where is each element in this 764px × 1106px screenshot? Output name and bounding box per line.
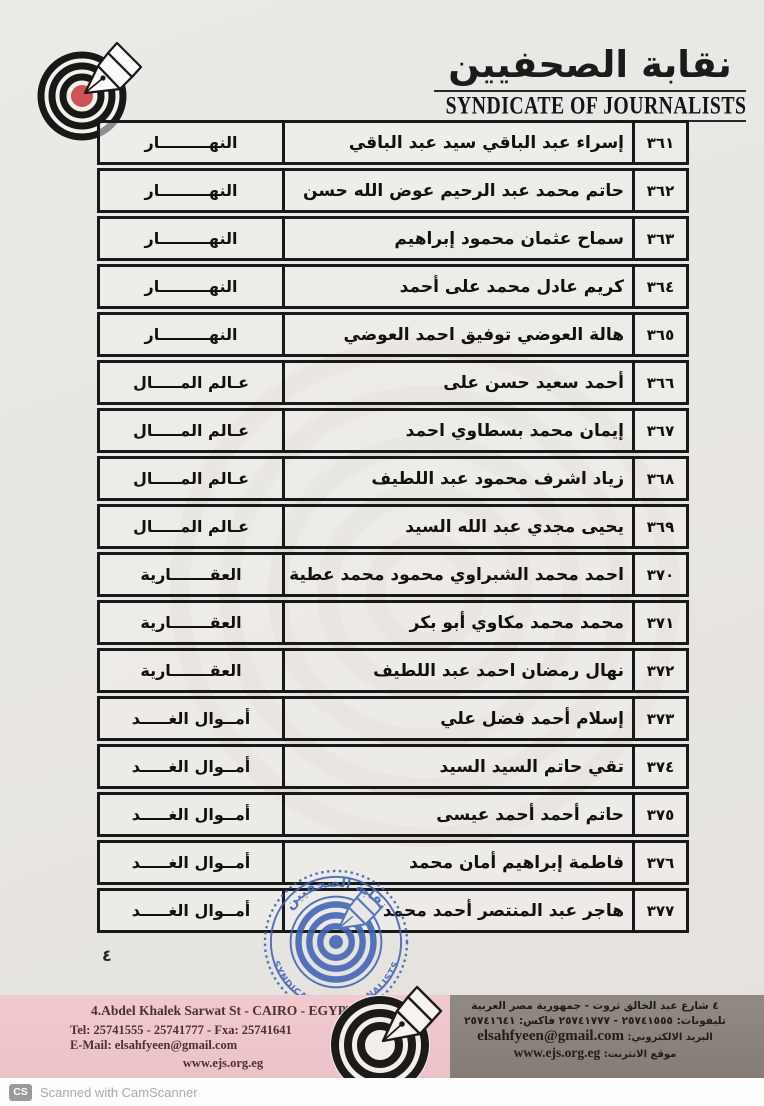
newspaper-name: العقـــــــارية	[100, 555, 282, 594]
member-name: إسلام أحمد فضل علي	[282, 699, 632, 738]
camscanner-icon: CS	[9, 1084, 32, 1101]
member-name: يحيى مجدي عبد الله السيد	[282, 507, 632, 546]
newspaper-name: عـالم المـــــال	[100, 507, 282, 546]
footer: 4.Abdel Khalek Sarwat St - CAIRO - EGYPT…	[0, 995, 764, 1078]
newspaper-name: العقـــــــارية	[100, 651, 282, 690]
camscanner-label: Scanned with CamScanner	[40, 1085, 198, 1100]
table-row: ٣٧٠احمد محمد الشبراوي محمود محمد عطيةالع…	[97, 552, 689, 597]
table-row: ٣٧١محمد محمد مكاوي أبو بكرالعقـــــــاري…	[97, 600, 689, 645]
table-row: ٣٧٤تقي حاتم السيد السيدأمــوال الغـــــد	[97, 744, 689, 789]
row-number: ٣٦٥	[632, 315, 686, 354]
table-row: ٣٦١إسراء عبد الباقي سيد عبد الباقيالنهــ…	[97, 120, 689, 165]
website-url: www.ejs.org.eg	[514, 1045, 601, 1060]
newspaper-name: النهـــــــــار	[100, 171, 282, 210]
member-name: حاتم أحمد أحمد عيسى	[282, 795, 632, 834]
table-row: ٣٦٦أحمد سعيد حسن علىعـالم المـــــال	[97, 360, 689, 405]
table-row: ٣٦٩يحيى مجدي عبد الله السيدعـالم المــــ…	[97, 504, 689, 549]
member-name: هالة العوضي توفيق احمد العوضي	[282, 315, 632, 354]
newspaper-name: العقـــــــارية	[100, 603, 282, 642]
scanned-document-page: نقابة الصحفيين SYNDICATE OF JOURNALISTS …	[0, 0, 764, 1106]
address-arabic: ٤ شارع عبد الخالق ثروت - جمهورية مصر الع…	[442, 1000, 748, 1012]
website-label-arabic: موقع الانترنت:	[604, 1049, 677, 1060]
org-name-english-wrap: SYNDICATE OF JOURNALISTS	[434, 92, 746, 122]
newspaper-name: النهـــــــــار	[100, 267, 282, 306]
table-row: ٣٦٤كريم عادل محمد على أحمدالنهـــــــــا…	[97, 264, 689, 309]
row-number: ٣٦٩	[632, 507, 686, 546]
phone-arabic: تليفونات: ٢٥٧٤١٥٥٥ - ٢٥٧٤١٧٧٧ فاكس: ٢٥٧٤…	[442, 1015, 748, 1027]
newspaper-name: عـالم المـــــال	[100, 363, 282, 402]
member-name: إيمان محمد بسطاوي احمد	[282, 411, 632, 450]
row-number: ٣٧٤	[632, 747, 686, 786]
newspaper-name: أمــوال الغـــــد	[100, 843, 282, 882]
table-row: ٣٦٧إيمان محمد بسطاوي احمدعـالم المـــــا…	[97, 408, 689, 453]
member-name: نهال رمضان احمد عبد اللطيف	[282, 651, 632, 690]
member-name: أحمد سعيد حسن على	[282, 363, 632, 402]
row-number: ٣٦٢	[632, 171, 686, 210]
row-number: ٣٧٥	[632, 795, 686, 834]
header-title-block: نقابة الصحفيين SYNDICATE OF JOURNALISTS	[434, 46, 746, 122]
row-number: ٣٦٨	[632, 459, 686, 498]
row-number: ٣٧٦	[632, 843, 686, 882]
row-number: ٣٦٣	[632, 219, 686, 258]
row-number: ٣٧٢	[632, 651, 686, 690]
row-number: ٣٧٠	[632, 555, 686, 594]
newspaper-name: النهـــــــــار	[100, 315, 282, 354]
table-row: ٣٦٣سماح عثمان محمود إبراهيمالنهـــــــــ…	[97, 216, 689, 261]
email-address: elsahfyeen@gmail.com	[477, 1028, 624, 1044]
table-row: ٣٦٨زياد اشرف محمود عبد اللطيفعـالم المــ…	[97, 456, 689, 501]
newspaper-name: النهـــــــــار	[100, 123, 282, 162]
table-row: ٣٧٢نهال رمضان احمد عبد اللطيفالعقـــــــ…	[97, 648, 689, 693]
table-row: ٣٧٥حاتم أحمد أحمد عيسىأمــوال الغـــــد	[97, 792, 689, 837]
table-row: ٣٧٣إسلام أحمد فضل عليأمــوال الغـــــد	[97, 696, 689, 741]
email-label-arabic: البريد الالكتروني:	[627, 1032, 712, 1043]
footer-contact-arabic: ٤ شارع عبد الخالق ثروت - جمهورية مصر الع…	[442, 1000, 748, 1061]
camscanner-bar: CS Scanned with CamScanner	[0, 1078, 764, 1106]
org-name-arabic: نقابة الصحفيين	[434, 46, 746, 92]
email-arabic: البريد الالكتروني: elsahfyeen@gmail.com	[442, 1028, 748, 1045]
member-name: حاتم محمد عبد الرحيم عوض الله حسن	[282, 171, 632, 210]
member-name: محمد محمد مكاوي أبو بكر	[282, 603, 632, 642]
member-table: ٣٦١إسراء عبد الباقي سيد عبد الباقيالنهــ…	[97, 120, 689, 936]
member-name: إسراء عبد الباقي سيد عبد الباقي	[282, 123, 632, 162]
row-number: ٣٦٤	[632, 267, 686, 306]
newspaper-name: أمــوال الغـــــد	[100, 891, 282, 930]
member-name: كريم عادل محمد على أحمد	[282, 267, 632, 306]
member-name: سماح عثمان محمود إبراهيم	[282, 219, 632, 258]
page-number: ٤	[102, 946, 112, 965]
table-row: ٣٦٥هالة العوضي توفيق احمد العوضيالنهــــ…	[97, 312, 689, 357]
member-name: تقي حاتم السيد السيد	[282, 747, 632, 786]
newspaper-name: عـالم المـــــال	[100, 411, 282, 450]
newspaper-name: النهـــــــــار	[100, 219, 282, 258]
row-number: ٣٦٦	[632, 363, 686, 402]
newspaper-name: أمــوال الغـــــد	[100, 699, 282, 738]
newspaper-name: أمــوال الغـــــد	[100, 747, 282, 786]
row-number: ٣٧٧	[632, 891, 686, 930]
row-number: ٣٦٧	[632, 411, 686, 450]
newspaper-name: أمــوال الغـــــد	[100, 795, 282, 834]
newspaper-name: عـالم المـــــال	[100, 459, 282, 498]
member-name: زياد اشرف محمود عبد اللطيف	[282, 459, 632, 498]
row-number: ٣٦١	[632, 123, 686, 162]
row-number: ٣٧٣	[632, 699, 686, 738]
website-arabic: موقع الانترنت: www.ejs.org.eg	[442, 1045, 748, 1061]
org-name-english: SYNDICATE OF JOURNALISTS	[446, 90, 747, 121]
table-row: ٣٦٢حاتم محمد عبد الرحيم عوض الله حسنالنه…	[97, 168, 689, 213]
row-number: ٣٧١	[632, 603, 686, 642]
member-name: احمد محمد الشبراوي محمود محمد عطية	[282, 555, 632, 594]
